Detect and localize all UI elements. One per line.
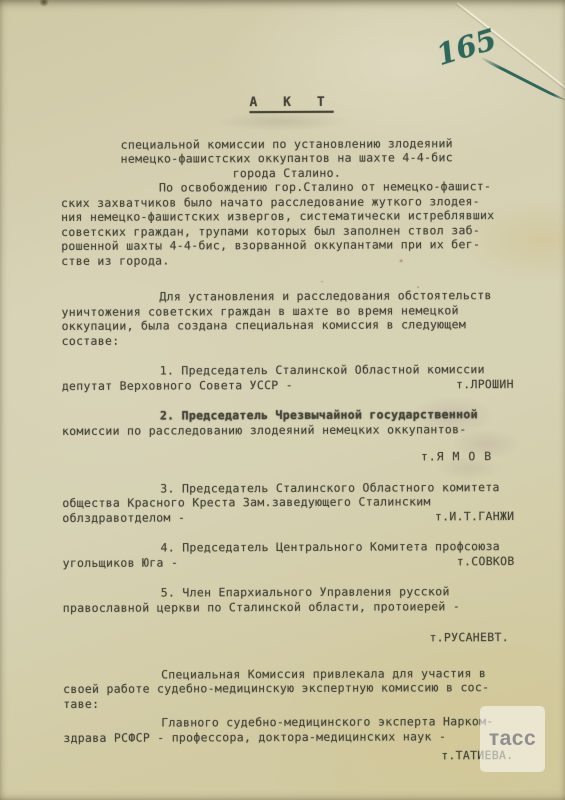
expert-name: т.ТАТИЕВА. bbox=[63, 748, 515, 764]
paragraph-liberation: По освобождению гор.Сталино от немецко-ф… bbox=[61, 179, 513, 268]
text-line: депутат Верховного Совета УССР - т.ЛРОШИ… bbox=[62, 377, 514, 393]
document-sheet: А К Т специальной комиссии по установлен… bbox=[61, 95, 516, 764]
text-line: православной церкви по Сталинской област… bbox=[63, 599, 515, 615]
text-line: своей работе судебно-медицинскую эксперт… bbox=[63, 680, 515, 696]
member-name: т.Я М О В bbox=[62, 449, 514, 465]
paragraph-expert-commission: Специальная Комиссия привлекала для учас… bbox=[63, 666, 515, 711]
text-line: облздравотделом - т.И.Т.ГАНЖИ bbox=[62, 509, 514, 525]
text-line: стве из города. bbox=[61, 252, 513, 268]
commission-member-5: 5. Член Епархиального Управления русской… bbox=[63, 584, 515, 646]
member-role: облздравотделом - bbox=[62, 510, 185, 525]
text-line: Главного судебно-медицинского эксперта Н… bbox=[63, 714, 515, 730]
tass-watermark-label: тасс bbox=[489, 727, 536, 751]
member-name: т.И.Т.ГАНЖИ bbox=[435, 509, 515, 524]
commission-member-3: 3. Председатель Сталинского Областного к… bbox=[62, 480, 514, 525]
tass-watermark: тасс bbox=[480, 706, 545, 772]
text-line: угольщиков Юга - т.СОВКОВ bbox=[63, 554, 515, 570]
text-line: составе: bbox=[62, 332, 514, 348]
text-line: комиссии по расследованию злодеяний неме… bbox=[62, 422, 514, 438]
paragraph-expert-details: Главного судебно-медицинского эксперта Н… bbox=[63, 714, 515, 745]
commission-member-1: 1. Председатель Сталинской Областной ком… bbox=[62, 362, 514, 393]
text-line: немецко-фашистских оккупантов на шахте 4… bbox=[61, 150, 513, 166]
text-line: здрава РСФСР - профессора, доктора-медиц… bbox=[63, 729, 515, 745]
text-line: 1. Председатель Сталинской Областной ком… bbox=[62, 362, 514, 378]
member-name: т.ЛРОШИН bbox=[456, 377, 514, 392]
paragraph-commission-setup: Для установления и расследования обстоят… bbox=[61, 288, 513, 348]
member-role: угольщиков Юга - bbox=[63, 555, 179, 570]
act-subtitle: специальной комиссии по установлению зло… bbox=[61, 136, 513, 181]
text-line: 4. Председатель Центрального Комитета пр… bbox=[62, 539, 514, 555]
act-title: А К Т bbox=[71, 95, 513, 111]
text-line: оккупации, была создана специальная коми… bbox=[62, 317, 514, 333]
text-line: По освобождению гор.Сталино от немецко-ф… bbox=[61, 179, 513, 195]
text-line: 5. Член Епархиального Управления русской bbox=[63, 584, 515, 600]
member-name: т.РУСАНЕВТ. bbox=[63, 630, 515, 646]
text-line: ния немецко-фашистских извергов, система… bbox=[61, 208, 513, 224]
text-line: таве: bbox=[63, 695, 515, 711]
commission-members-list: 1. Председатель Сталинской Областной ком… bbox=[62, 362, 515, 646]
member-role: депутат Верховного Совета УССР - bbox=[62, 377, 293, 393]
text-line: рошенной шахты 4-4-бис, взорванной оккуп… bbox=[61, 237, 513, 253]
commission-member-2: 2. Председатель Чрезвычайной государстве… bbox=[62, 407, 514, 465]
text-line: Для установления и расследования обстоят… bbox=[61, 288, 513, 304]
text-line: 3. Председатель Сталинского Областного к… bbox=[62, 480, 514, 496]
text-line: 2. Председатель Чрезвычайной государстве… bbox=[62, 407, 514, 423]
member-name: т.СОВКОВ bbox=[457, 554, 515, 569]
commission-member-4: 4. Председатель Центрального Комитета пр… bbox=[62, 539, 514, 570]
